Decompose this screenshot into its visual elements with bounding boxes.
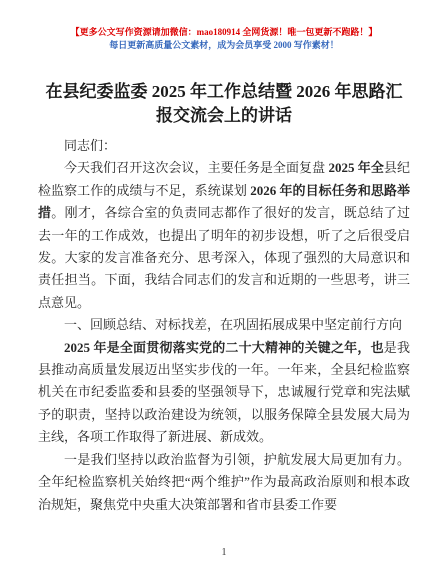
text-segment: 一是我们坚持以政治监督为引领，护航发展大局更加有力。全年纪检监察机关始终把“两个… — [38, 452, 410, 512]
text-segment: 2025 年是全面贯彻落实党的二十大精神的关键之年，也 — [64, 340, 384, 355]
text-segment: 2025 年全 — [328, 160, 383, 175]
paragraph: 同志们： — [38, 135, 410, 157]
paragraph: 一是我们坚持以政治监督为引领，护航发展大局更加有力。全年纪检监察机关始终把“两个… — [38, 449, 410, 516]
promo-header-line-2: 每日更新高质量公文素材，成为会员享受 2000 写作素材！ — [38, 39, 410, 52]
text-segment: 今天我们召开这次会议，主要任务是全面复盘 — [64, 160, 328, 175]
promo-header: 【更多公文写作资源请加微信：mao180914 全网货源！唯一包更新不跑路！】 … — [38, 26, 410, 52]
paragraph: 2025 年是全面贯彻落实党的二十大精神的关键之年，也是我县推动高质量发展迈出坚… — [38, 337, 410, 449]
document-page: 【更多公文写作资源请加微信：mao180914 全网货源！唯一包更新不跑路！】 … — [0, 0, 448, 580]
section-heading: 一、回顾总结、对标找差，在巩固拓展成果中坚定前行方向 — [38, 314, 410, 336]
text-segment: 是我县推动高质量发展迈出坚实步伐的一年。一年来，全县纪检监察机关在市纪委监委和县… — [38, 340, 410, 445]
text-segment: 。刚才，各综合室的负责同志都作了很好的发言，既总结了过去一年的工作成效，也提出了… — [38, 205, 410, 310]
document-title: 在县纪委监委 2025 年工作总结暨 2026 年思路汇报交流会上的讲话 — [38, 80, 410, 128]
document-body: 同志们：今天我们召开这次会议，主要任务是全面复盘 2025 年全县纪检监察工作的… — [38, 135, 410, 516]
text-segment: 一、回顾总结、对标找差，在巩固拓展成果中坚定前行方向 — [64, 317, 402, 332]
promo-header-line-1: 【更多公文写作资源请加微信：mao180914 全网货源！唯一包更新不跑路！】 — [38, 26, 410, 39]
paragraph: 今天我们召开这次会议，主要任务是全面复盘 2025 年全县纪检监察工作的成绩与不… — [38, 157, 410, 314]
page-number: 1 — [0, 547, 448, 558]
text-segment: 同志们： — [64, 138, 116, 153]
